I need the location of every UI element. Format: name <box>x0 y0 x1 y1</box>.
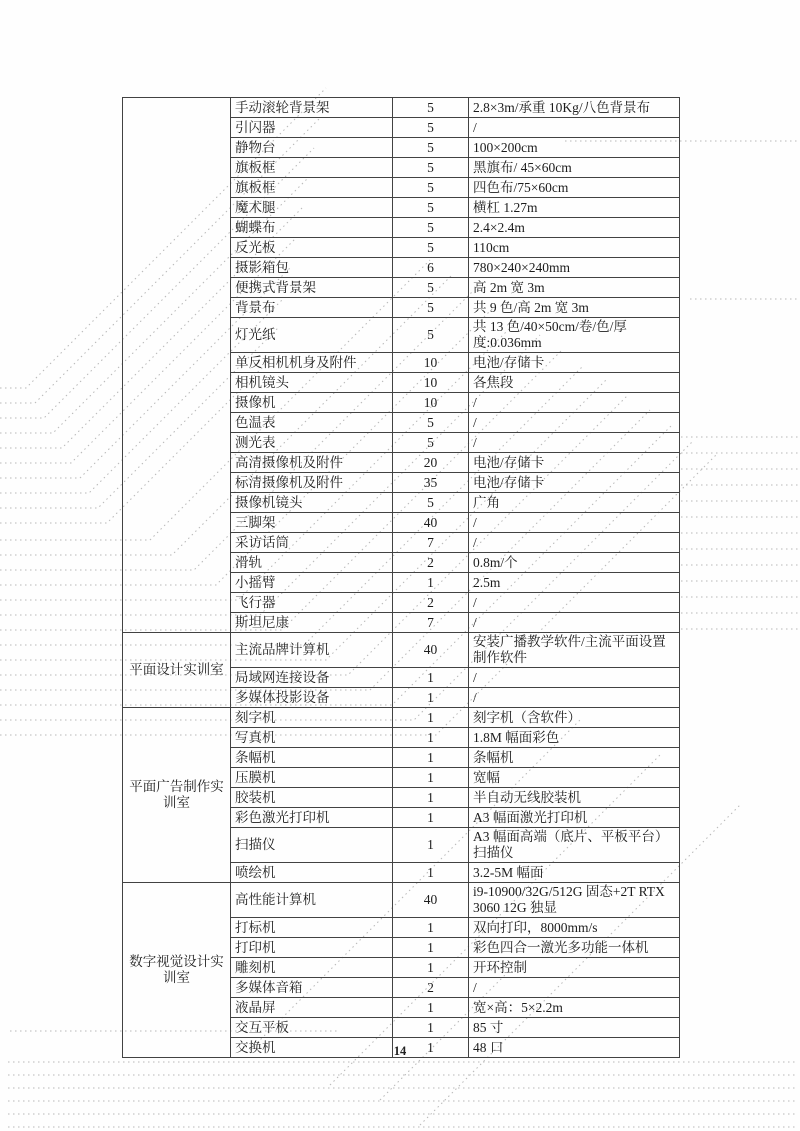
room-cell: 平面设计实训室 <box>123 633 231 708</box>
quantity-cell: 5 <box>393 118 469 138</box>
equipment-name-cell: 标清摄像机及附件 <box>231 473 393 493</box>
equipment-name-cell: 测光表 <box>231 433 393 453</box>
equipment-name-cell: 雕刻机 <box>231 958 393 978</box>
equipment-name-cell: 多媒体投影设备 <box>231 688 393 708</box>
spec-cell: / <box>469 533 680 553</box>
room-cell <box>123 98 231 633</box>
equipment-name-cell: 相机镜头 <box>231 373 393 393</box>
equipment-name-cell: 滑轨 <box>231 553 393 573</box>
spec-cell: 彩色四合一激光多功能一体机 <box>469 938 680 958</box>
quantity-cell: 7 <box>393 533 469 553</box>
table-row: 手动滚轮背景架52.8×3m/承重 10Kg/八色背景布 <box>123 98 680 118</box>
spec-cell: 电池/存储卡 <box>469 353 680 373</box>
spec-cell: 共 13 色/40×50cm/卷/色/厚度:0.036mm <box>469 318 680 353</box>
quantity-cell: 2 <box>393 978 469 998</box>
spec-cell: A3 幅面高端（底片、平板平台）扫描仪 <box>469 828 680 863</box>
spec-cell: 0.8m/个 <box>469 553 680 573</box>
spec-cell: 广角 <box>469 493 680 513</box>
spec-cell: 2.8×3m/承重 10Kg/八色背景布 <box>469 98 680 118</box>
spec-cell: / <box>469 688 680 708</box>
spec-cell: 110cm <box>469 238 680 258</box>
quantity-cell: 1 <box>393 748 469 768</box>
spec-cell: / <box>469 613 680 633</box>
quantity-cell: 2 <box>393 553 469 573</box>
quantity-cell: 6 <box>393 258 469 278</box>
room-cell: 平面广告制作实训室 <box>123 708 231 883</box>
equipment-name-cell: 摄影箱包 <box>231 258 393 278</box>
equipment-name-cell: 反光板 <box>231 238 393 258</box>
spec-cell: 半自动无线胶装机 <box>469 788 680 808</box>
quantity-cell: 5 <box>393 178 469 198</box>
quantity-cell: 1 <box>393 668 469 688</box>
quantity-cell: 1 <box>393 998 469 1018</box>
quantity-cell: 10 <box>393 393 469 413</box>
table-row: 数字视觉设计实训室高性能计算机40i9-10900/32G/512G 固态+2T… <box>123 883 680 918</box>
quantity-cell: 10 <box>393 353 469 373</box>
equipment-name-cell: 引闪器 <box>231 118 393 138</box>
equipment-name-cell: 胶装机 <box>231 788 393 808</box>
equipment-name-cell: 局域网连接设备 <box>231 668 393 688</box>
spec-cell: 2.5m <box>469 573 680 593</box>
quantity-cell: 1 <box>393 938 469 958</box>
quantity-cell: 40 <box>393 633 469 668</box>
quantity-cell: 1 <box>393 958 469 978</box>
quantity-cell: 5 <box>393 433 469 453</box>
spec-cell: 100×200cm <box>469 138 680 158</box>
equipment-name-cell: 多媒体音箱 <box>231 978 393 998</box>
equipment-name-cell: 液晶屏 <box>231 998 393 1018</box>
spec-cell: 安装广播教学软件/主流平面设置制作软件 <box>469 633 680 668</box>
equipment-name-cell: 单反相机机身及附件 <box>231 353 393 373</box>
spec-cell: 黑旗布/ 45×60cm <box>469 158 680 178</box>
spec-cell: / <box>469 393 680 413</box>
quantity-cell: 7 <box>393 613 469 633</box>
equipment-name-cell: 灯光纸 <box>231 318 393 353</box>
spec-cell: 四色布/75×60cm <box>469 178 680 198</box>
equipment-name-cell: 色温表 <box>231 413 393 433</box>
quantity-cell: 5 <box>393 278 469 298</box>
quantity-cell: 1 <box>393 768 469 788</box>
spec-cell: / <box>469 413 680 433</box>
spec-cell: / <box>469 978 680 998</box>
spec-cell: 3.2-5M 幅面 <box>469 863 680 883</box>
quantity-cell: 1 <box>393 1018 469 1038</box>
spec-cell: 电池/存储卡 <box>469 473 680 493</box>
spec-cell: 宽幅 <box>469 768 680 788</box>
document-page: 手动滚轮背景架52.8×3m/承重 10Kg/八色背景布引闪器5/静物台5100… <box>0 0 800 1131</box>
spec-cell: / <box>469 593 680 613</box>
equipment-name-cell: 小摇臂 <box>231 573 393 593</box>
quantity-cell: 2 <box>393 593 469 613</box>
equipment-name-cell: 扫描仪 <box>231 828 393 863</box>
equipment-name-cell: 旗板框 <box>231 158 393 178</box>
equipment-name-cell: 喷绘机 <box>231 863 393 883</box>
spec-cell: 开环控制 <box>469 958 680 978</box>
equipment-name-cell: 背景布 <box>231 298 393 318</box>
spec-cell: 条幅机 <box>469 748 680 768</box>
quantity-cell: 5 <box>393 218 469 238</box>
equipment-name-cell: 便携式背景架 <box>231 278 393 298</box>
quantity-cell: 5 <box>393 318 469 353</box>
quantity-cell: 1 <box>393 688 469 708</box>
quantity-cell: 5 <box>393 298 469 318</box>
equipment-name-cell: 摄像机镜头 <box>231 493 393 513</box>
quantity-cell: 1 <box>393 708 469 728</box>
table-row: 平面广告制作实训室刻字机1刻字机（含软件） <box>123 708 680 728</box>
equipment-name-cell: 三脚架 <box>231 513 393 533</box>
spec-cell: 1.8M 幅面彩色 <box>469 728 680 748</box>
equipment-name-cell: 高性能计算机 <box>231 883 393 918</box>
quantity-cell: 5 <box>393 493 469 513</box>
equipment-name-cell: 蝴蝶布 <box>231 218 393 238</box>
equipment-name-cell: 斯坦尼康 <box>231 613 393 633</box>
quantity-cell: 1 <box>393 788 469 808</box>
quantity-cell: 5 <box>393 98 469 118</box>
quantity-cell: 35 <box>393 473 469 493</box>
spec-cell: 2.4×2.4m <box>469 218 680 238</box>
quantity-cell: 1 <box>393 808 469 828</box>
spec-cell: 电池/存储卡 <box>469 453 680 473</box>
quantity-cell: 5 <box>393 198 469 218</box>
spec-cell: 共 9 色/高 2m 宽 3m <box>469 298 680 318</box>
equipment-name-cell: 主流品牌计算机 <box>231 633 393 668</box>
spec-cell: 780×240×240mm <box>469 258 680 278</box>
equipment-name-cell: 手动滚轮背景架 <box>231 98 393 118</box>
equipment-name-cell: 静物台 <box>231 138 393 158</box>
equipment-name-cell: 打标机 <box>231 918 393 938</box>
spec-cell: / <box>469 118 680 138</box>
equipment-name-cell: 采访话筒 <box>231 533 393 553</box>
equipment-name-cell: 写真机 <box>231 728 393 748</box>
quantity-cell: 5 <box>393 158 469 178</box>
spec-cell: / <box>469 433 680 453</box>
quantity-cell: 20 <box>393 453 469 473</box>
spec-cell: 85 寸 <box>469 1018 680 1038</box>
spec-cell: 宽×高：5×2.2m <box>469 998 680 1018</box>
quantity-cell: 1 <box>393 918 469 938</box>
spec-cell: 各焦段 <box>469 373 680 393</box>
quantity-cell: 40 <box>393 883 469 918</box>
equipment-name-cell: 条幅机 <box>231 748 393 768</box>
equipment-name-cell: 交互平板 <box>231 1018 393 1038</box>
equipment-table: 手动滚轮背景架52.8×3m/承重 10Kg/八色背景布引闪器5/静物台5100… <box>122 97 680 1058</box>
spec-cell: 高 2m 宽 3m <box>469 278 680 298</box>
quantity-cell: 40 <box>393 513 469 533</box>
quantity-cell: 5 <box>393 138 469 158</box>
spec-cell: 双向打印，8000mm/s <box>469 918 680 938</box>
equipment-name-cell: 打印机 <box>231 938 393 958</box>
spec-cell: 横杠 1.27m <box>469 198 680 218</box>
quantity-cell: 5 <box>393 413 469 433</box>
spec-cell: A3 幅面激光打印机 <box>469 808 680 828</box>
table-row: 平面设计实训室主流品牌计算机40安装广播教学软件/主流平面设置制作软件 <box>123 633 680 668</box>
spec-cell: / <box>469 668 680 688</box>
room-cell: 数字视觉设计实训室 <box>123 883 231 1058</box>
quantity-cell: 1 <box>393 728 469 748</box>
spec-cell: i9-10900/32G/512G 固态+2T RTX 3060 12G 独显 <box>469 883 680 918</box>
equipment-name-cell: 飞行器 <box>231 593 393 613</box>
equipment-name-cell: 高清摄像机及附件 <box>231 453 393 473</box>
equipment-name-cell: 彩色激光打印机 <box>231 808 393 828</box>
equipment-name-cell: 刻字机 <box>231 708 393 728</box>
equipment-name-cell: 摄像机 <box>231 393 393 413</box>
equipment-name-cell: 压膜机 <box>231 768 393 788</box>
equipment-table-body: 手动滚轮背景架52.8×3m/承重 10Kg/八色背景布引闪器5/静物台5100… <box>123 98 680 1058</box>
quantity-cell: 5 <box>393 238 469 258</box>
quantity-cell: 1 <box>393 828 469 863</box>
spec-cell: 刻字机（含软件） <box>469 708 680 728</box>
page-number: 14 <box>0 1044 800 1059</box>
quantity-cell: 1 <box>393 863 469 883</box>
quantity-cell: 10 <box>393 373 469 393</box>
equipment-name-cell: 旗板框 <box>231 178 393 198</box>
spec-cell: / <box>469 513 680 533</box>
equipment-name-cell: 魔术腿 <box>231 198 393 218</box>
quantity-cell: 1 <box>393 573 469 593</box>
